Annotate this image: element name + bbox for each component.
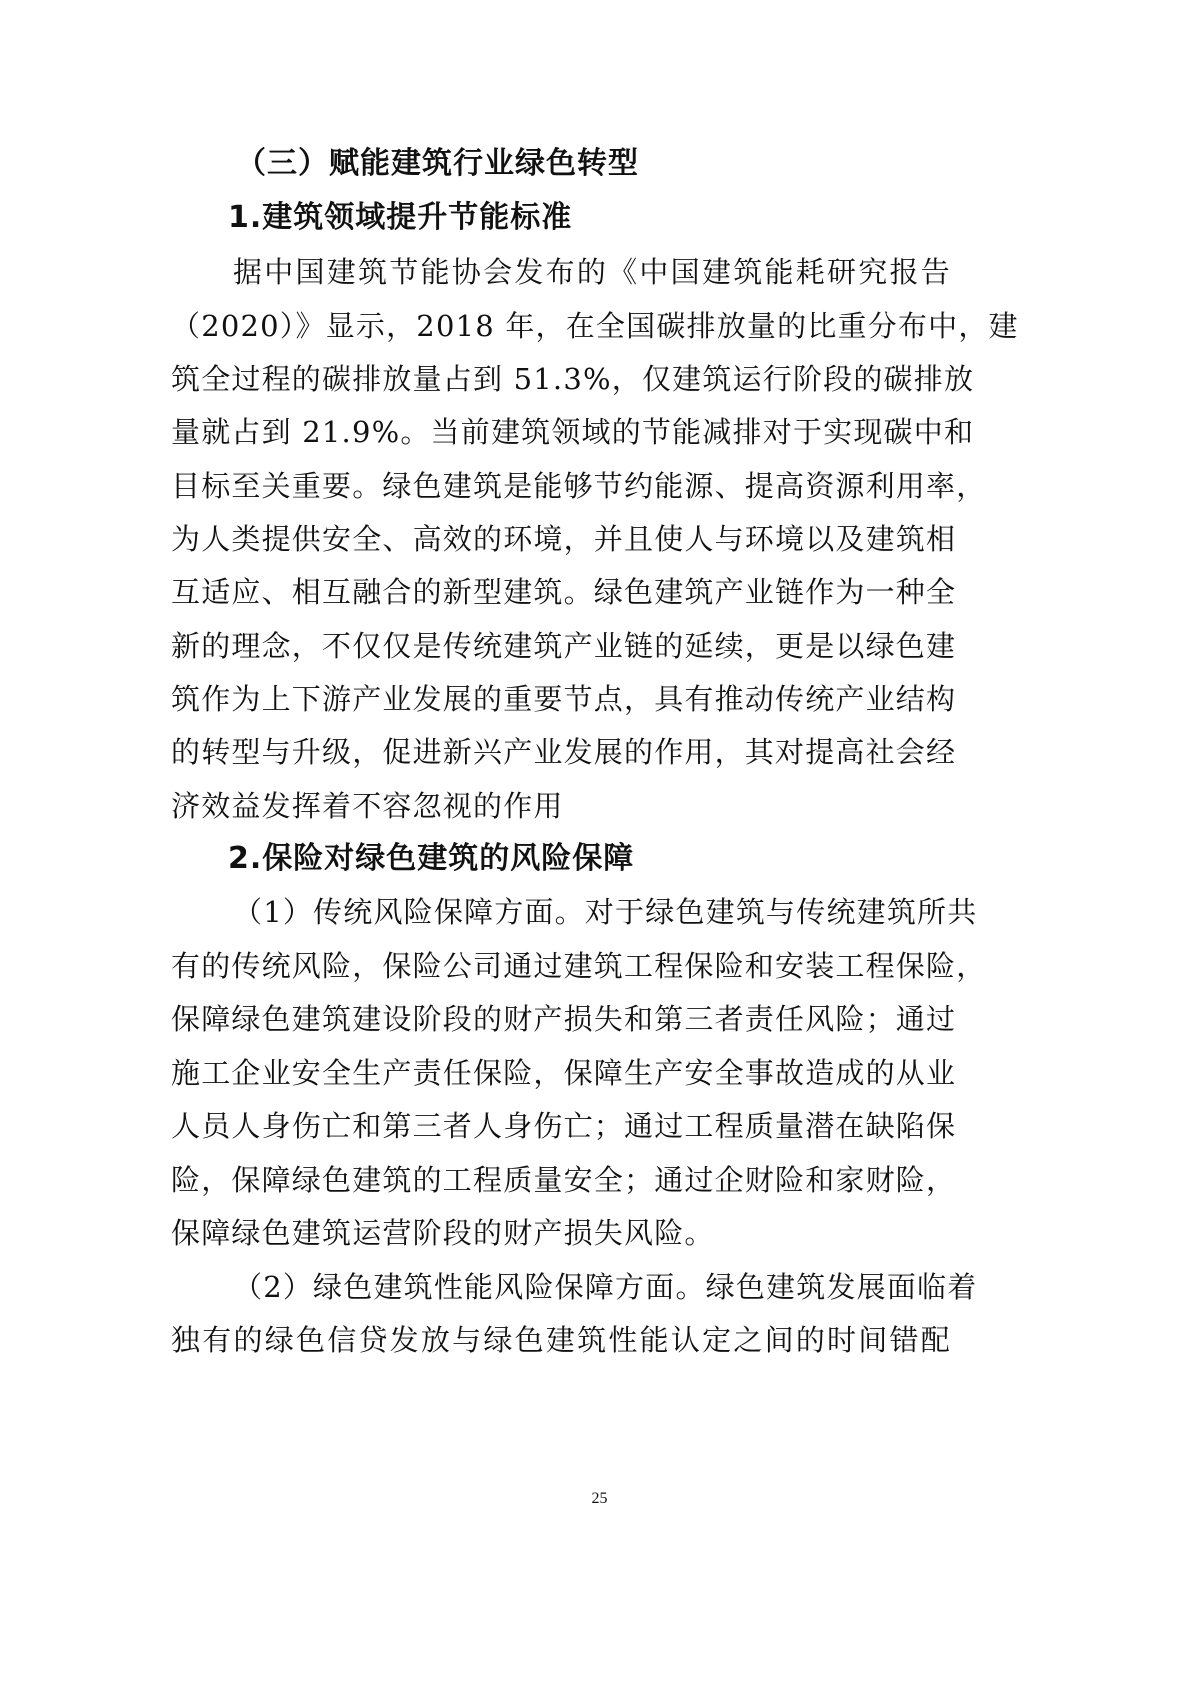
paragraph-line: 据中国建筑节能协会发布的《中国建筑能耗研究报告 [233, 254, 951, 290]
paragraph-line: 保障绿色建筑运营阶段的财产损失风险。 [171, 1215, 951, 1251]
paragraph-line: （2）绿色建筑性能风险保障方面。绿色建筑发展面临着 [233, 1269, 951, 1305]
subsection-heading-1: 1.建筑领域提升节能标准 [228, 200, 572, 236]
paragraph-line: （1）传统风险保障方面。对于绿色建筑与传统建筑所共 [233, 894, 951, 930]
paragraph-line: 人员人身伤亡和第三者人身伤亡；通过工程质量潜在缺陷保 [171, 1108, 951, 1144]
subsection-heading-2: 2.保险对绿色建筑的风险保障 [228, 841, 634, 877]
paragraph-line: 新的理念，不仅仅是传统建筑产业链的延续，更是以绿色建 [171, 628, 951, 664]
section-heading: （三）赋能建筑行业绿色转型 [236, 146, 639, 182]
paragraph-line: 量就占到 21.9%。当前建筑领域的节能减排对于实现碳中和 [171, 414, 951, 450]
paragraph-line: 为人类提供安全、高效的环境，并且使人与环境以及建筑相 [171, 521, 951, 557]
paragraph-line: 目标至关重要。绿色建筑是能够节约能源、提高资源利用率， [171, 468, 951, 504]
paragraph-line: 有的传统风险，保险公司通过建筑工程保险和安装工程保险， [171, 948, 951, 984]
paragraph-line: 保障绿色建筑建设阶段的财产损失和第三者责任风险；通过 [171, 1001, 951, 1037]
paragraph-line: 济效益发挥着不容忽视的作用 [171, 788, 951, 824]
page-number: 25 [0, 1490, 1199, 1508]
paragraph-line: 筑作为上下游产业发展的重要节点，具有推动传统产业结构 [171, 681, 951, 717]
paragraph-line: 筑全过程的碳排放量占到 51.3%，仅建筑运行阶段的碳排放 [171, 361, 951, 397]
paragraph-line: （2020）》显示，2018 年，在全国碳排放量的比重分布中，建 [171, 308, 951, 344]
paragraph-line: 施工企业安全生产责任保险，保障生产安全事故造成的从业 [171, 1055, 951, 1091]
paragraph-line: 互适应、相互融合的新型建筑。绿色建筑产业链作为一种全 [171, 574, 951, 610]
paragraph-line: 的转型与升级，促进新兴产业发展的作用，其对提高社会经 [171, 734, 951, 770]
paragraph-line: 独有的绿色信贷发放与绿色建筑性能认定之间的时间错配 [171, 1322, 951, 1358]
paragraph-line: 险，保障绿色建筑的工程质量安全；通过企财险和家财险， [171, 1162, 951, 1198]
document-page: （三）赋能建筑行业绿色转型 1.建筑领域提升节能标准 据中国建筑节能协会发布的《… [0, 0, 1199, 1696]
